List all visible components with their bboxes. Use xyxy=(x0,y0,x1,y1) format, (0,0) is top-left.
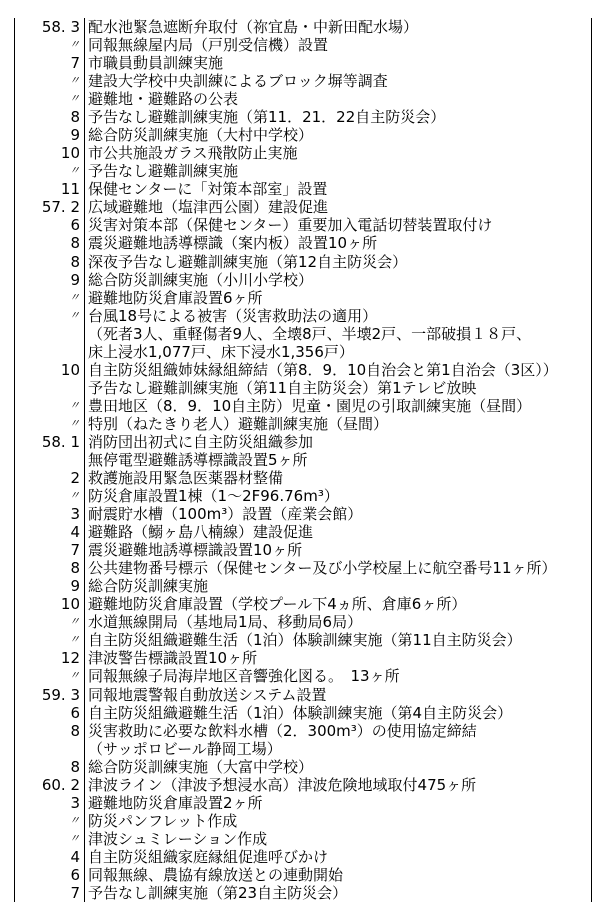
row-event-text: 自主防災組織家庭縁組促進呼びかけ xyxy=(88,848,328,866)
table-row: 9総合防災訓練実施 xyxy=(14,577,591,595)
row-date: 4 xyxy=(14,523,80,541)
row-event-text: 予告なし避難訓練実施（第11．21．22自主防災会） xyxy=(88,108,445,126)
row-event-text: 台風18号による被害（災害救助法の適用） xyxy=(88,307,377,325)
row-date: 11 xyxy=(14,180,80,198)
row-date: 8 xyxy=(14,253,80,271)
table-row: 10市公共施設ガラス飛散防止実施 xyxy=(14,144,591,162)
table-row: 7市職員動員訓練実施 xyxy=(14,54,591,72)
table-row: 無停電型避難誘導標識設置5ヶ所 xyxy=(14,451,591,469)
row-event-text: 震災避難地誘導標識設置10ヶ所 xyxy=(88,541,302,559)
table-row: 3避難地防災倉庫設置2ヶ所 xyxy=(14,794,591,812)
row-event-text: 水道無線開局（基地局1局、移動局6局） xyxy=(88,613,362,631)
row-date: 3 xyxy=(14,794,80,812)
row-event-text: 同報地震警報自動放送システム設置 xyxy=(88,686,327,704)
row-date: 〃 xyxy=(14,162,80,180)
table-row: 〃台風18号による被害（災害救助法の適用） xyxy=(14,307,591,325)
row-event-text: 無停電型避難誘導標識設置5ヶ所 xyxy=(88,451,308,469)
table-row: 7震災避難地誘導標識設置10ヶ所 xyxy=(14,541,591,559)
table-row: 7予告なし訓練実施（第23自主防災会） xyxy=(14,884,591,902)
row-event-text: 避難地防災倉庫設置6ヶ所 xyxy=(88,289,263,307)
row-date: 6 xyxy=(14,866,80,884)
table-row: 〃建設大学校中央訓練によるブロック塀等調査 xyxy=(14,72,591,90)
row-date: 6 xyxy=(14,704,80,722)
row-date: 〃 xyxy=(14,307,80,325)
table-row: 8深夜予告なし避難訓練実施（第12自主防災会） xyxy=(14,253,591,271)
table-row: 〃豊田地区（8．9．10自主防）児童・園児の引取訓練実施（昼間） xyxy=(14,397,591,415)
row-event-text: 津波シュミレーション作成 xyxy=(88,830,267,848)
table-row: （サッポロビール静岡工場） xyxy=(14,740,591,758)
row-date: 〃 xyxy=(14,72,80,90)
table-row: 4避難路（鰯ヶ島八楠線）建設促進 xyxy=(14,523,591,541)
row-event-text: 広域避難地（塩津西公園）建設促進 xyxy=(88,198,328,216)
row-event-text: 避難地防災倉庫設置（学校プール下4ヵ所、倉庫6ヶ所） xyxy=(88,595,466,613)
row-event-text: 避難地防災倉庫設置2ヶ所 xyxy=(88,794,263,812)
table-row: 〃防災パンフレット作成 xyxy=(14,812,591,830)
table-row: 床上浸水1,077戸、床下浸水1,356戸） xyxy=(14,343,591,361)
row-date: 〃 xyxy=(14,397,80,415)
row-date: 7 xyxy=(14,54,80,72)
table-row: 〃津波シュミレーション作成 xyxy=(14,830,591,848)
row-event-text: 避難路（鰯ヶ島八楠線）建設促進 xyxy=(88,523,313,541)
row-date: 8 xyxy=(14,758,80,776)
table-right-border xyxy=(591,18,592,902)
table-row: 58. 1消防団出初式に自主防災組織参加 xyxy=(14,433,591,451)
table-row: 8予告なし避難訓練実施（第11．21．22自主防災会） xyxy=(14,108,591,126)
row-event-text: 同報無線、農協有線放送との連動開始 xyxy=(88,866,343,884)
row-event-text: （死者3人、重軽傷者9人、全壊8戸、半壊2戸、一部破損１８戸、 xyxy=(88,325,531,343)
row-event-text: 津波ライン（津波予想浸水高）津波危険地域取付475ヶ所 xyxy=(88,776,476,794)
table-row: 4自主防災組織家庭縁組促進呼びかけ xyxy=(14,848,591,866)
row-date: 8 xyxy=(14,722,80,740)
table-row: 〃同報無線子局海岸地区音響強化図る。 13ヶ所 xyxy=(14,667,591,685)
row-date: 10 xyxy=(14,361,80,379)
row-date: 7 xyxy=(14,541,80,559)
table-row: 〃防災倉庫設置1棟（1～2F96.76m³） xyxy=(14,487,591,505)
row-event-text: 震災避難地誘導標識（案内板）設置10ヶ所 xyxy=(88,234,377,252)
row-date: 8 xyxy=(14,559,80,577)
table-row: 9総合防災訓練実施（大村中学校） xyxy=(14,126,591,144)
table-row: 6災害対策本部（保健センター）重要加入電話切替装置取付け xyxy=(14,216,591,234)
row-event-text: 市職員動員訓練実施 xyxy=(88,54,223,72)
row-event-text: 予告なし避難訓練実施 xyxy=(88,162,238,180)
row-event-text: 自主防災組織避難生活（1泊）体験訓練実施（第11自主防災会） xyxy=(88,631,522,649)
row-event-text: 総合防災訓練実施（小川小学校） xyxy=(88,271,313,289)
row-date: 10 xyxy=(14,595,80,613)
row-date: 〃 xyxy=(14,613,80,631)
row-event-text: 避難地・避難路の公表 xyxy=(88,90,238,108)
row-event-text: 配水池緊急遮断弁取付（祢宜島・中新田配水場） xyxy=(88,18,418,36)
row-event-text: 消防団出初式に自主防災組織参加 xyxy=(88,433,313,451)
row-date: 58. 1 xyxy=(14,433,80,451)
table-row: 6同報無線、農協有線放送との連動開始 xyxy=(14,866,591,884)
table-row: 12津波警告標識設置10ヶ所 xyxy=(14,649,591,667)
row-event-text: 保健センターに「対策本部室」設置 xyxy=(88,180,327,198)
row-date: 7 xyxy=(14,884,80,902)
table-row: 予告なし避難訓練実施（第11自主防災会）第1テレビ放映 xyxy=(14,379,591,397)
row-date: 〃 xyxy=(14,631,80,649)
row-event-text: 同報無線屋内局（戸別受信機）設置 xyxy=(88,36,328,54)
row-date: 12 xyxy=(14,649,80,667)
row-date: 〃 xyxy=(14,487,80,505)
row-event-text: 特別（ねたきり老人）避難訓練実施（昼間） xyxy=(88,415,388,433)
row-event-text: 予告なし訓練実施（第23自主防災会） xyxy=(88,884,347,902)
row-event-text: 耐震貯水槽（100m³）設置（産業会館） xyxy=(88,505,362,523)
table-row: 2救護施設用緊急医薬器材整備 xyxy=(14,469,591,487)
table-row: 11保健センターに「対策本部室」設置 xyxy=(14,180,591,198)
table-row: 〃避難地防災倉庫設置6ヶ所 xyxy=(14,289,591,307)
row-event-text: 防災パンフレット作成 xyxy=(88,812,237,830)
row-date: 6 xyxy=(14,216,80,234)
row-date: 〃 xyxy=(14,415,80,433)
row-date: 60. 2 xyxy=(14,776,80,794)
table-row: 9総合防災訓練実施（小川小学校） xyxy=(14,271,591,289)
table-row: 6自主防災組織避難生活（1泊）体験訓練実施（第4自主防災会） xyxy=(14,704,591,722)
row-event-text: 市公共施設ガラス飛散防止実施 xyxy=(88,144,298,162)
row-event-text: 防災倉庫設置1棟（1～2F96.76m³） xyxy=(88,487,339,505)
row-date: 〃 xyxy=(14,830,80,848)
row-event-text: 豊田地区（8．9．10自主防）児童・園児の引取訓練実施（昼間） xyxy=(88,397,531,415)
row-event-text: 総合防災訓練実施 xyxy=(88,577,208,595)
row-event-text: 公共建物番号標示（保健センター及び小学校屋上に航空番号11ヶ所） xyxy=(88,559,557,577)
table-row: 〃同報無線屋内局（戸別受信機）設置 xyxy=(14,36,591,54)
table-row: 60. 2津波ライン（津波予想浸水高）津波危険地域取付475ヶ所 xyxy=(14,776,591,794)
table-row: 8震災避難地誘導標識（案内板）設置10ヶ所 xyxy=(14,234,591,252)
row-date: 〃 xyxy=(14,289,80,307)
row-date: 8 xyxy=(14,108,80,126)
table-row: （死者3人、重軽傷者9人、全壊8戸、半壊2戸、一部破損１８戸、 xyxy=(14,325,591,343)
table-row: 59. 3同報地震警報自動放送システム設置 xyxy=(14,686,591,704)
table-row: 10自主防災組織姉妹縁組締結（第8．9．10自治会と第1自治会（3区）） xyxy=(14,361,591,379)
row-date: 9 xyxy=(14,126,80,144)
row-date: 〃 xyxy=(14,36,80,54)
row-event-text: 災害救助に必要な飲料水槽（2．300m³）の使用協定締結 xyxy=(88,722,477,740)
table-row: 〃予告なし避難訓練実施 xyxy=(14,162,591,180)
row-date: 58. 3 xyxy=(14,18,80,36)
row-event-text: 建設大学校中央訓練によるブロック塀等調査 xyxy=(88,72,388,90)
table-row: 57. 2広域避難地（塩津西公園）建設促進 xyxy=(14,198,591,216)
row-event-text: 総合防災訓練実施（大村中学校） xyxy=(88,126,313,144)
row-date: 9 xyxy=(14,271,80,289)
row-date: 10 xyxy=(14,144,80,162)
row-event-text: （サッポロビール静岡工場） xyxy=(88,740,282,758)
row-event-text: 床上浸水1,077戸、床下浸水1,356戸） xyxy=(88,343,354,361)
row-event-text: 予告なし避難訓練実施（第11自主防災会）第1テレビ放映 xyxy=(88,379,476,397)
row-event-text: 津波警告標識設置10ヶ所 xyxy=(88,649,257,667)
table-row: 8総合防災訓練実施（大富中学校） xyxy=(14,758,591,776)
row-date: 〃 xyxy=(14,812,80,830)
row-event-text: 自主防災組織姉妹縁組締結（第8．9．10自治会と第1自治会（3区）） xyxy=(88,361,558,379)
table-row: 〃水道無線開局（基地局1局、移動局6局） xyxy=(14,613,591,631)
table-row: 〃自主防災組織避難生活（1泊）体験訓練実施（第11自主防災会） xyxy=(14,631,591,649)
row-event-text: 同報無線子局海岸地区音響強化図る。 13ヶ所 xyxy=(88,667,400,685)
row-date: 59. 3 xyxy=(14,686,80,704)
row-date: 〃 xyxy=(14,667,80,685)
table-row: 〃特別（ねたきり老人）避難訓練実施（昼間） xyxy=(14,415,591,433)
table-row: 10避難地防災倉庫設置（学校プール下4ヵ所、倉庫6ヶ所） xyxy=(14,595,591,613)
row-date: 8 xyxy=(14,234,80,252)
table-row: 〃避難地・避難路の公表 xyxy=(14,90,591,108)
row-date: 4 xyxy=(14,848,80,866)
table-row: 3耐震貯水槽（100m³）設置（産業会館） xyxy=(14,505,591,523)
table-row: 58. 3配水池緊急遮断弁取付（祢宜島・中新田配水場） xyxy=(14,18,591,36)
row-date: 57. 2 xyxy=(14,198,80,216)
table-row: 8災害救助に必要な飲料水槽（2．300m³）の使用協定締結 xyxy=(14,722,591,740)
row-event-text: 災害対策本部（保健センター）重要加入電話切替装置取付け xyxy=(88,216,492,234)
row-event-text: 自主防災組織避難生活（1泊）体験訓練実施（第4自主防災会） xyxy=(88,704,512,722)
table-row: 8公共建物番号標示（保健センター及び小学校屋上に航空番号11ヶ所） xyxy=(14,559,591,577)
row-date: 9 xyxy=(14,577,80,595)
row-date: 2 xyxy=(14,469,80,487)
row-event-text: 総合防災訓練実施（大富中学校） xyxy=(88,758,313,776)
row-event-text: 深夜予告なし避難訓練実施（第12自主防災会） xyxy=(88,253,407,271)
row-date: 〃 xyxy=(14,90,80,108)
disaster-prevention-history-table: 58. 3配水池緊急遮断弁取付（祢宜島・中新田配水場）〃同報無線屋内局（戸別受信… xyxy=(14,18,591,902)
row-event-text: 救護施設用緊急医薬器材整備 xyxy=(88,469,283,487)
row-date: 3 xyxy=(14,505,80,523)
